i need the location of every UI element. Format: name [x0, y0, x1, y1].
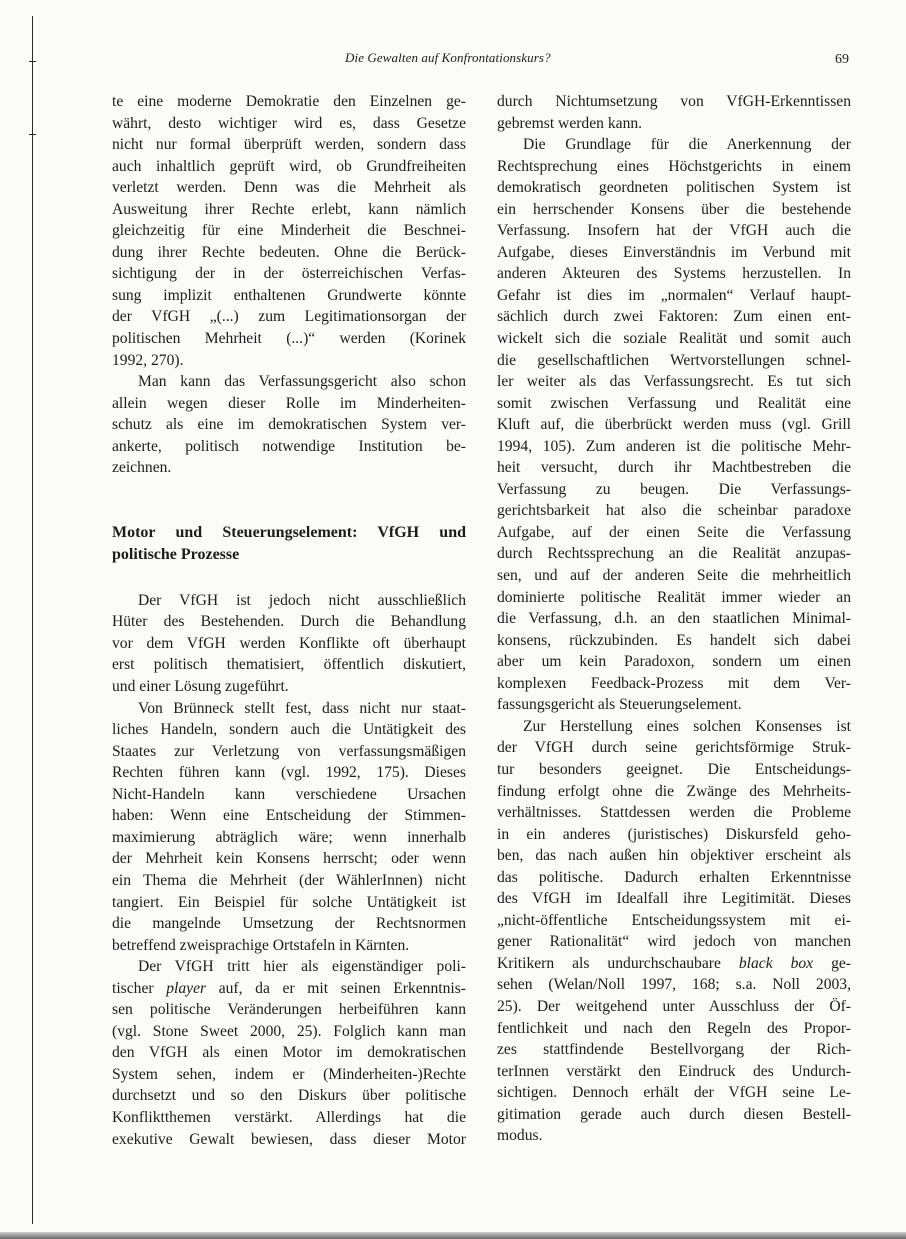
text-line: somit zwischen Verfassung und Realität e…	[497, 393, 851, 415]
text-line: tangiert. Ein Beispiel für solche Untäti…	[112, 892, 466, 914]
text-line: 1992, 270).	[112, 350, 466, 372]
text-run: tischer	[112, 980, 166, 997]
text-line: aber um kein Paradoxon, sondern um einen	[497, 651, 851, 673]
text-line: maximierung abträglich wäre; wenn innerh…	[112, 827, 466, 849]
text-line: erst politisch thematisiert, öffentlich …	[112, 654, 466, 676]
text-line: durch Nichtumsetzung von VfGH-Erkenntiss…	[497, 91, 851, 113]
section-heading: Motor und Steuerungselement: VfGH und po…	[112, 522, 466, 566]
text-line: anderen Akteuren des Systems herzustelle…	[497, 263, 851, 285]
right-column: durch Nichtumsetzung von VfGH-Erkenntiss…	[497, 91, 851, 1147]
text-line: schutz als eine im demokratischen System…	[112, 414, 466, 436]
text-line: nicht nur formal überprüft werden, sonde…	[112, 134, 466, 156]
text-line: Rechten führen kann (vgl. 1992, 175). Di…	[112, 762, 466, 784]
text-line: ankerte, politisch notwendige Institutio…	[112, 436, 466, 458]
text-line: Der VfGH tritt hier als eigenständiger p…	[112, 956, 466, 978]
heading-line: politische Prozesse	[112, 544, 466, 566]
text-line: die mangelnde Umsetzung der Rechtsnormen	[112, 913, 466, 935]
text-line: Verfassung. Insofern hat der VfGH auch d…	[497, 220, 851, 242]
paragraph: Von Brünneck stellt fest, dass nicht nur…	[112, 698, 466, 957]
text-line: gleichzeitig für eine Minderheit die Bes…	[112, 220, 466, 242]
text-line: Aufgabe, auf der einen Seite die Verfass…	[497, 522, 851, 544]
text-line: in ein anderes (juristisches) Diskursfel…	[497, 824, 851, 846]
text-line: betreffend zweisprachige Ortstafeln in K…	[112, 935, 466, 957]
text-line: demokratisch geordneten politischen Syst…	[497, 177, 851, 199]
text-line: Konfliktthemen verstärkt. Allerdings hat…	[112, 1107, 466, 1129]
paragraph: Der VfGH tritt hier als eigenständiger p…	[112, 956, 466, 1150]
paragraph: Zur Herstellung eines solchen Konsenses …	[497, 716, 851, 1147]
text-line: auch inhaltlich geprüft wird, ob Grundfr…	[112, 156, 466, 178]
text-line: System sehen, indem er (Minderheiten-)Re…	[112, 1064, 466, 1086]
text-line: die gesellschaftlichen Wertvorstellungen…	[497, 350, 851, 372]
text-line: Ausweitung ihrer Rechte erlebt, kann näm…	[112, 199, 466, 221]
text-run: auf, da er mit seinen Erkenntnis-	[206, 980, 466, 997]
text-line: dung ihrer Rechte bedeuten. Ohne die Ber…	[112, 242, 466, 264]
text-line: die Verfassung, d.h. an den staatlichen …	[497, 608, 851, 630]
text-line: sen, und auf der anderen Seite die mehrh…	[497, 565, 851, 587]
text-line: durchsetzt und so den Diskurs über polit…	[112, 1085, 466, 1107]
page-number: 69	[835, 52, 849, 68]
edge-tick-mark	[29, 134, 36, 135]
paragraph: Der VfGH ist jedoch nicht ausschließlich…	[112, 590, 466, 698]
text-line: gebremst werden kann.	[497, 113, 851, 135]
text-line: Aufgabe, dieses Einverständnis im Verbun…	[497, 242, 851, 264]
text-line: den VfGH als einen Motor im demokratisch…	[112, 1042, 466, 1064]
text-line: Zur Herstellung eines solchen Konsenses …	[497, 716, 851, 738]
text-line: und einer Lösung zugeführt.	[112, 676, 466, 698]
text-line: modus.	[497, 1125, 851, 1147]
text-line: wickelt sich die soziale Realität und so…	[497, 328, 851, 350]
text-line: sächlich durch zwei Faktoren: Zum einen …	[497, 306, 851, 328]
text-line: Gefahr ist dies im „normalen“ Verlauf ha…	[497, 285, 851, 307]
running-head: Die Gewalten auf Konfrontationskurs? 69	[0, 50, 906, 70]
text-line: 25). Der weitgehend unter Ausschluss der…	[497, 996, 851, 1018]
text-line: der VfGH durch seine gerichtsförmige Str…	[497, 737, 851, 759]
page-left-edge-line	[32, 16, 33, 1224]
paragraph-continued: durch Nichtumsetzung von VfGH-Erkenntiss…	[497, 91, 851, 134]
text-line: durch Rechtssprechung an die Realität an…	[497, 543, 851, 565]
italic-term: player	[166, 980, 206, 997]
text-line: findung erfolgt ohne die Zwänge des Mehr…	[497, 781, 851, 803]
text-line: vor dem VfGH werden Konflikte oft überha…	[112, 633, 466, 655]
paragraph: Die Grundlage für die Anerkennung der Re…	[497, 134, 851, 716]
text-line: sen politische Veränderungen herbeiführe…	[112, 999, 466, 1021]
text-line: Hüter des Bestehenden. Durch die Behandl…	[112, 611, 466, 633]
text-line-with-italic: tischer player auf, da er mit seinen Erk…	[112, 978, 466, 1000]
italic-term: black box	[739, 955, 813, 972]
text-line: konsens, rückzubinden. Es handelt sich d…	[497, 630, 851, 652]
text-line: exekutive Gewalt bewiesen, dass dieser M…	[112, 1129, 466, 1151]
text-line: zeichnen.	[112, 457, 466, 479]
heading-line: Motor und Steuerungselement: VfGH und	[112, 522, 466, 544]
text-line: gener Rationalität“ wird jedoch von manc…	[497, 931, 851, 953]
text-line: sichtigung der in der österreichischen V…	[112, 263, 466, 285]
scan-bottom-shadow	[0, 1232, 906, 1239]
text-line: fentlichkeit und nach den Regeln des Pro…	[497, 1018, 851, 1040]
text-line: sung implizit enthaltenen Grundwerte kön…	[112, 285, 466, 307]
paragraph: Man kann das Verfassungsgericht also sch…	[112, 371, 466, 479]
text-line: währt, desto wichtiger wird es, dass Ges…	[112, 113, 466, 135]
text-line: „nicht-öffentliche Entscheidungssystem m…	[497, 910, 851, 932]
text-line: haben: Wenn eine Entscheidung der Stimme…	[112, 805, 466, 827]
text-line: Nicht-Handeln kann verschiedene Ursachen	[112, 784, 466, 806]
text-line: zes stattfindende Bestellvorgang der Ric…	[497, 1039, 851, 1061]
text-line: komplexen Feedback-Prozess mit dem Ver-	[497, 673, 851, 695]
text-line: der VfGH „(...) zum Legitimationsorgan d…	[112, 306, 466, 328]
text-line: verletzt werden. Denn was die Mehrheit a…	[112, 177, 466, 199]
text-line: Rechtsprechung eines Höchstgerichts in e…	[497, 156, 851, 178]
text-line: heit versucht, durch ihr Machtbestreben …	[497, 457, 851, 479]
text-line: des VfGH im Idealfall ihre Legitimität. …	[497, 888, 851, 910]
running-title: Die Gewalten auf Konfrontationskurs?	[345, 50, 551, 66]
text-line: sichtigen. Dennoch erhält der VfGH seine…	[497, 1082, 851, 1104]
text-run: ge-	[813, 955, 851, 972]
text-line: Die Grundlage für die Anerkennung der	[497, 134, 851, 156]
text-line-with-italic: Kritikern als undurchschaubare black box…	[497, 953, 851, 975]
text-line: Man kann das Verfassungsgericht also sch…	[112, 371, 466, 393]
text-line: Von Brünneck stellt fest, dass nicht nur…	[112, 698, 466, 720]
text-line: ler weiter als das Verfassungsrecht. Es …	[497, 371, 851, 393]
text-line: te eine moderne Demokratie den Einzelnen…	[112, 91, 466, 113]
text-line: Kluft auf, die überbrückt werden muss (v…	[497, 414, 851, 436]
text-line: ein Thema die Mehrheit (der WählerInnen)…	[112, 870, 466, 892]
text-line: liches Handeln, sondern auch die Untätig…	[112, 719, 466, 741]
text-line: Der VfGH ist jedoch nicht ausschließlich	[112, 590, 466, 612]
text-line: dominierte politische Realität immer wie…	[497, 587, 851, 609]
text-run: Kritikern als undurchschaubare	[497, 955, 739, 972]
text-line: allein wegen dieser Rolle im Minderheite…	[112, 393, 466, 415]
paragraph-continued: te eine moderne Demokratie den Einzelnen…	[112, 91, 466, 371]
text-line: Verfassung zu beugen. Die Verfassungs-	[497, 479, 851, 501]
text-line: gerichtsbarkeit hat also die scheinbar p…	[497, 500, 851, 522]
left-column: te eine moderne Demokratie den Einzelnen…	[112, 91, 466, 1150]
text-line: verhältnisses. Stattdessen werden die Pr…	[497, 802, 851, 824]
text-line: (vgl. Stone Sweet 2000, 25). Folglich ka…	[112, 1021, 466, 1043]
text-line: tur besonders geeignet. Die Entscheidung…	[497, 759, 851, 781]
text-line: der Mehrheit kein Konsens herrscht; oder…	[112, 848, 466, 870]
text-line: Staates zur Verletzung von verfassungsmä…	[112, 741, 466, 763]
text-line: fassungsgericht als Steuerungselement.	[497, 694, 851, 716]
text-line: das politische. Dadurch erhalten Erkennt…	[497, 867, 851, 889]
text-line: ein herrschender Konsens über die besteh…	[497, 199, 851, 221]
text-line: terInnen verstärkt den Eindruck des Undu…	[497, 1061, 851, 1083]
text-line: ben, das nach außen hin objektiver ersch…	[497, 845, 851, 867]
text-line: politischen Mehrheit (...)“ werden (Kori…	[112, 328, 466, 350]
text-line: 1994, 105). Zum anderen ist die politisc…	[497, 436, 851, 458]
text-line: gitimation gerade auch durch diesen Best…	[497, 1104, 851, 1126]
text-line: sehen (Welan/Noll 1997, 168; s.a. Noll 2…	[497, 974, 851, 996]
